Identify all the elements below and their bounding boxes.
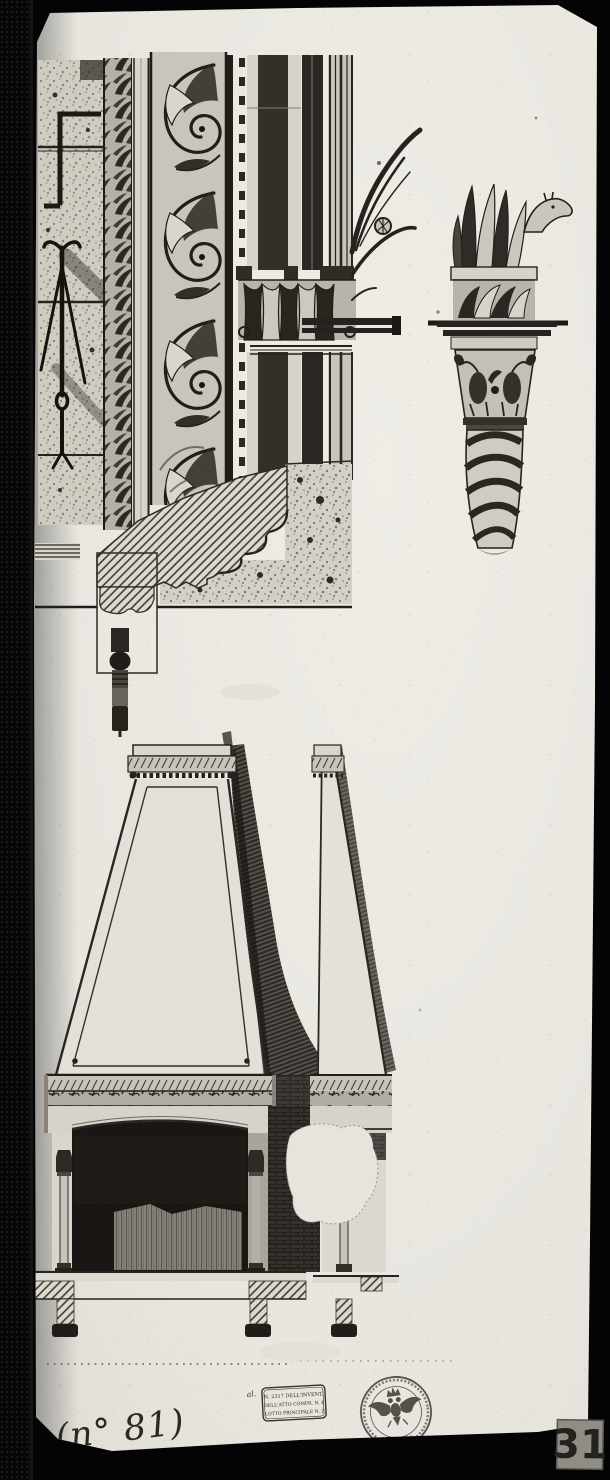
frame-number-text: 31 (552, 1422, 608, 1469)
film-edge-left (0, 0, 33, 1480)
firebox-opening (52, 1117, 268, 1273)
photo-paper: N. 2317 DELL'INVENT. DELL'ATTO COMPR. N.… (0, 0, 610, 1480)
abacus (451, 267, 537, 280)
section-stem-rod (110, 628, 131, 737)
leaf-garland-band (104, 58, 132, 530)
frame-number-tag: 31 (552, 1420, 609, 1470)
dark-fillet (227, 55, 233, 495)
acanthus-scroll-frieze (150, 52, 227, 554)
impost-ledge (302, 318, 399, 325)
handwritten-note: al. (246, 1389, 256, 1399)
carved-capital (454, 350, 536, 418)
archival-photograph: N. 2317 DELL'INVENT. DELL'ATTO COMPR. N.… (0, 0, 610, 1480)
capital-leaf-frieze (453, 280, 535, 320)
